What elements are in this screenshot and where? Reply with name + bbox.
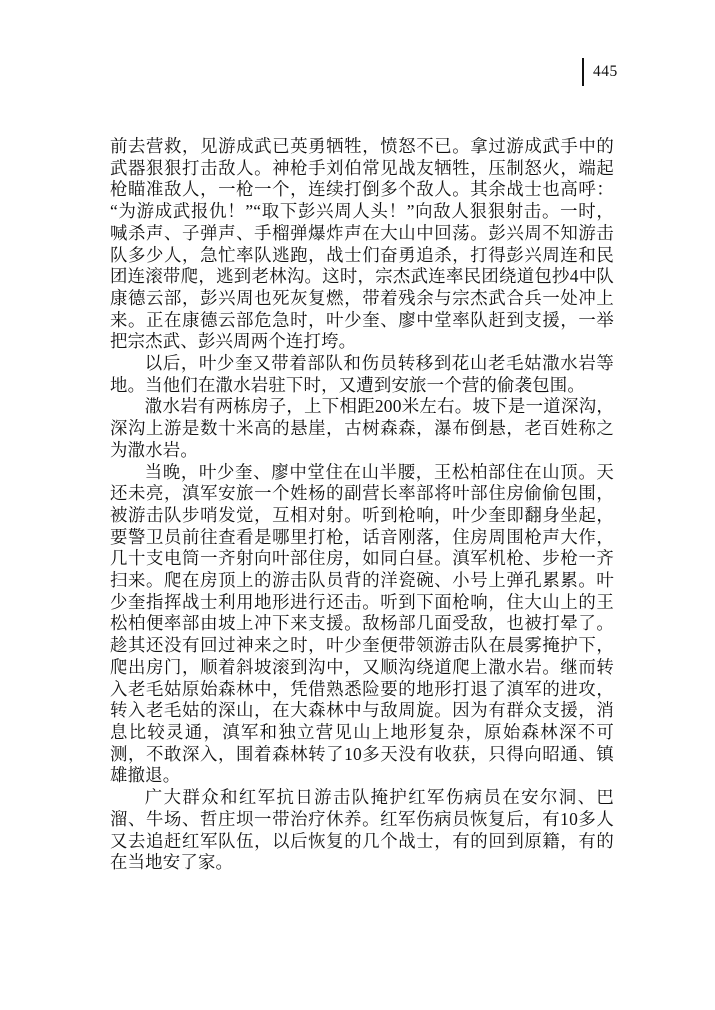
paragraph-continuation: 前去营救，见游成武已英勇牺牲，愤怒不已。拿过游成武手中的武器狠狠打击敌人。神枪手…: [110, 136, 614, 353]
paragraph: 潵水岩有两栋房子，上下相距200米左右。坡下是一道深沟，深沟上游是数十米高的悬崖…: [110, 396, 614, 461]
paragraph: 广大群众和红军抗日游击队掩护红军伤病员在安尔洞、巴溜、牛场、哲庄坝一带治疗休养。…: [110, 787, 614, 874]
page-number: 445: [593, 63, 618, 81]
paragraph: 以后，叶少奎又带着部队和伤员转移到花山老毛姑潵水岩等地。当他们在潵水岩驻下时，又…: [110, 353, 614, 396]
paragraph: 当晚，叶少奎、廖中堂住在山半腰，王松柏部住在山顶。天还未亮，滇军安旅一个姓杨的副…: [110, 462, 614, 788]
page-number-divider: [582, 58, 584, 86]
page-number-block: 445: [582, 58, 618, 86]
book-page: 445 前去营救，见游成武已英勇牺牲，愤怒不已。拿过游成武手中的武器狠狠打击敌人…: [0, 0, 715, 1010]
body-text: 前去营救，见游成武已英勇牺牲，愤怒不已。拿过游成武手中的武器狠狠打击敌人。神枪手…: [110, 136, 614, 874]
